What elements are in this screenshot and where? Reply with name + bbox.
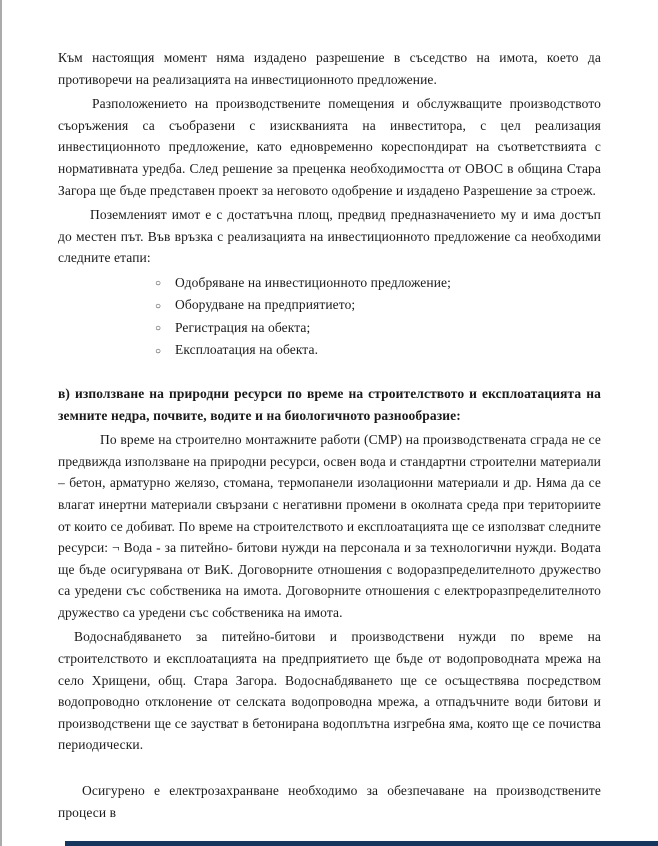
document-page: Към настоящия момент няма издадено разре… [0,0,658,846]
bullet-item: ○Регистрация на обекта; [58,317,601,340]
bullet-circle-icon: ○ [155,318,175,340]
bullet-circle-icon: ○ [155,296,175,318]
paragraph: По време на строително монтажните работи… [58,429,601,623]
paragraph: Поземленият имот е с достатъчна площ, пр… [58,204,601,269]
bullet-circle-icon: ○ [155,341,175,363]
bullet-item: ○Одобряване на инвестиционното предложен… [58,272,601,295]
paragraph: Водоснабдяването за питейно-битови и про… [58,626,601,756]
bullet-item: ○Оборудване на предприятието; [58,294,601,317]
section-heading: в) използване на природни ресурси по вре… [58,383,601,426]
paragraph: Към настоящия момент няма издадено разре… [58,47,601,90]
document-body: Към настоящия момент няма издадено разре… [58,47,601,826]
page-left-border [0,0,2,846]
page-bottom-bar [65,841,658,846]
bullet-item: ○Експлоатация на обекта. [58,339,601,362]
bullet-label: Експлоатация на обекта. [175,342,318,357]
paragraph: Осигурено е електрозахранване необходимо… [58,780,601,823]
bullet-label: Одобряване на инвестиционното предложени… [175,275,451,290]
bullet-label: Регистрация на обекта; [175,320,310,335]
paragraph-spacer [58,759,601,780]
bullet-label: Оборудване на предприятието; [175,297,355,312]
bullet-circle-icon: ○ [155,273,175,295]
paragraph: Разположението на производствените помещ… [58,93,601,201]
paragraph-spacer [58,362,601,383]
